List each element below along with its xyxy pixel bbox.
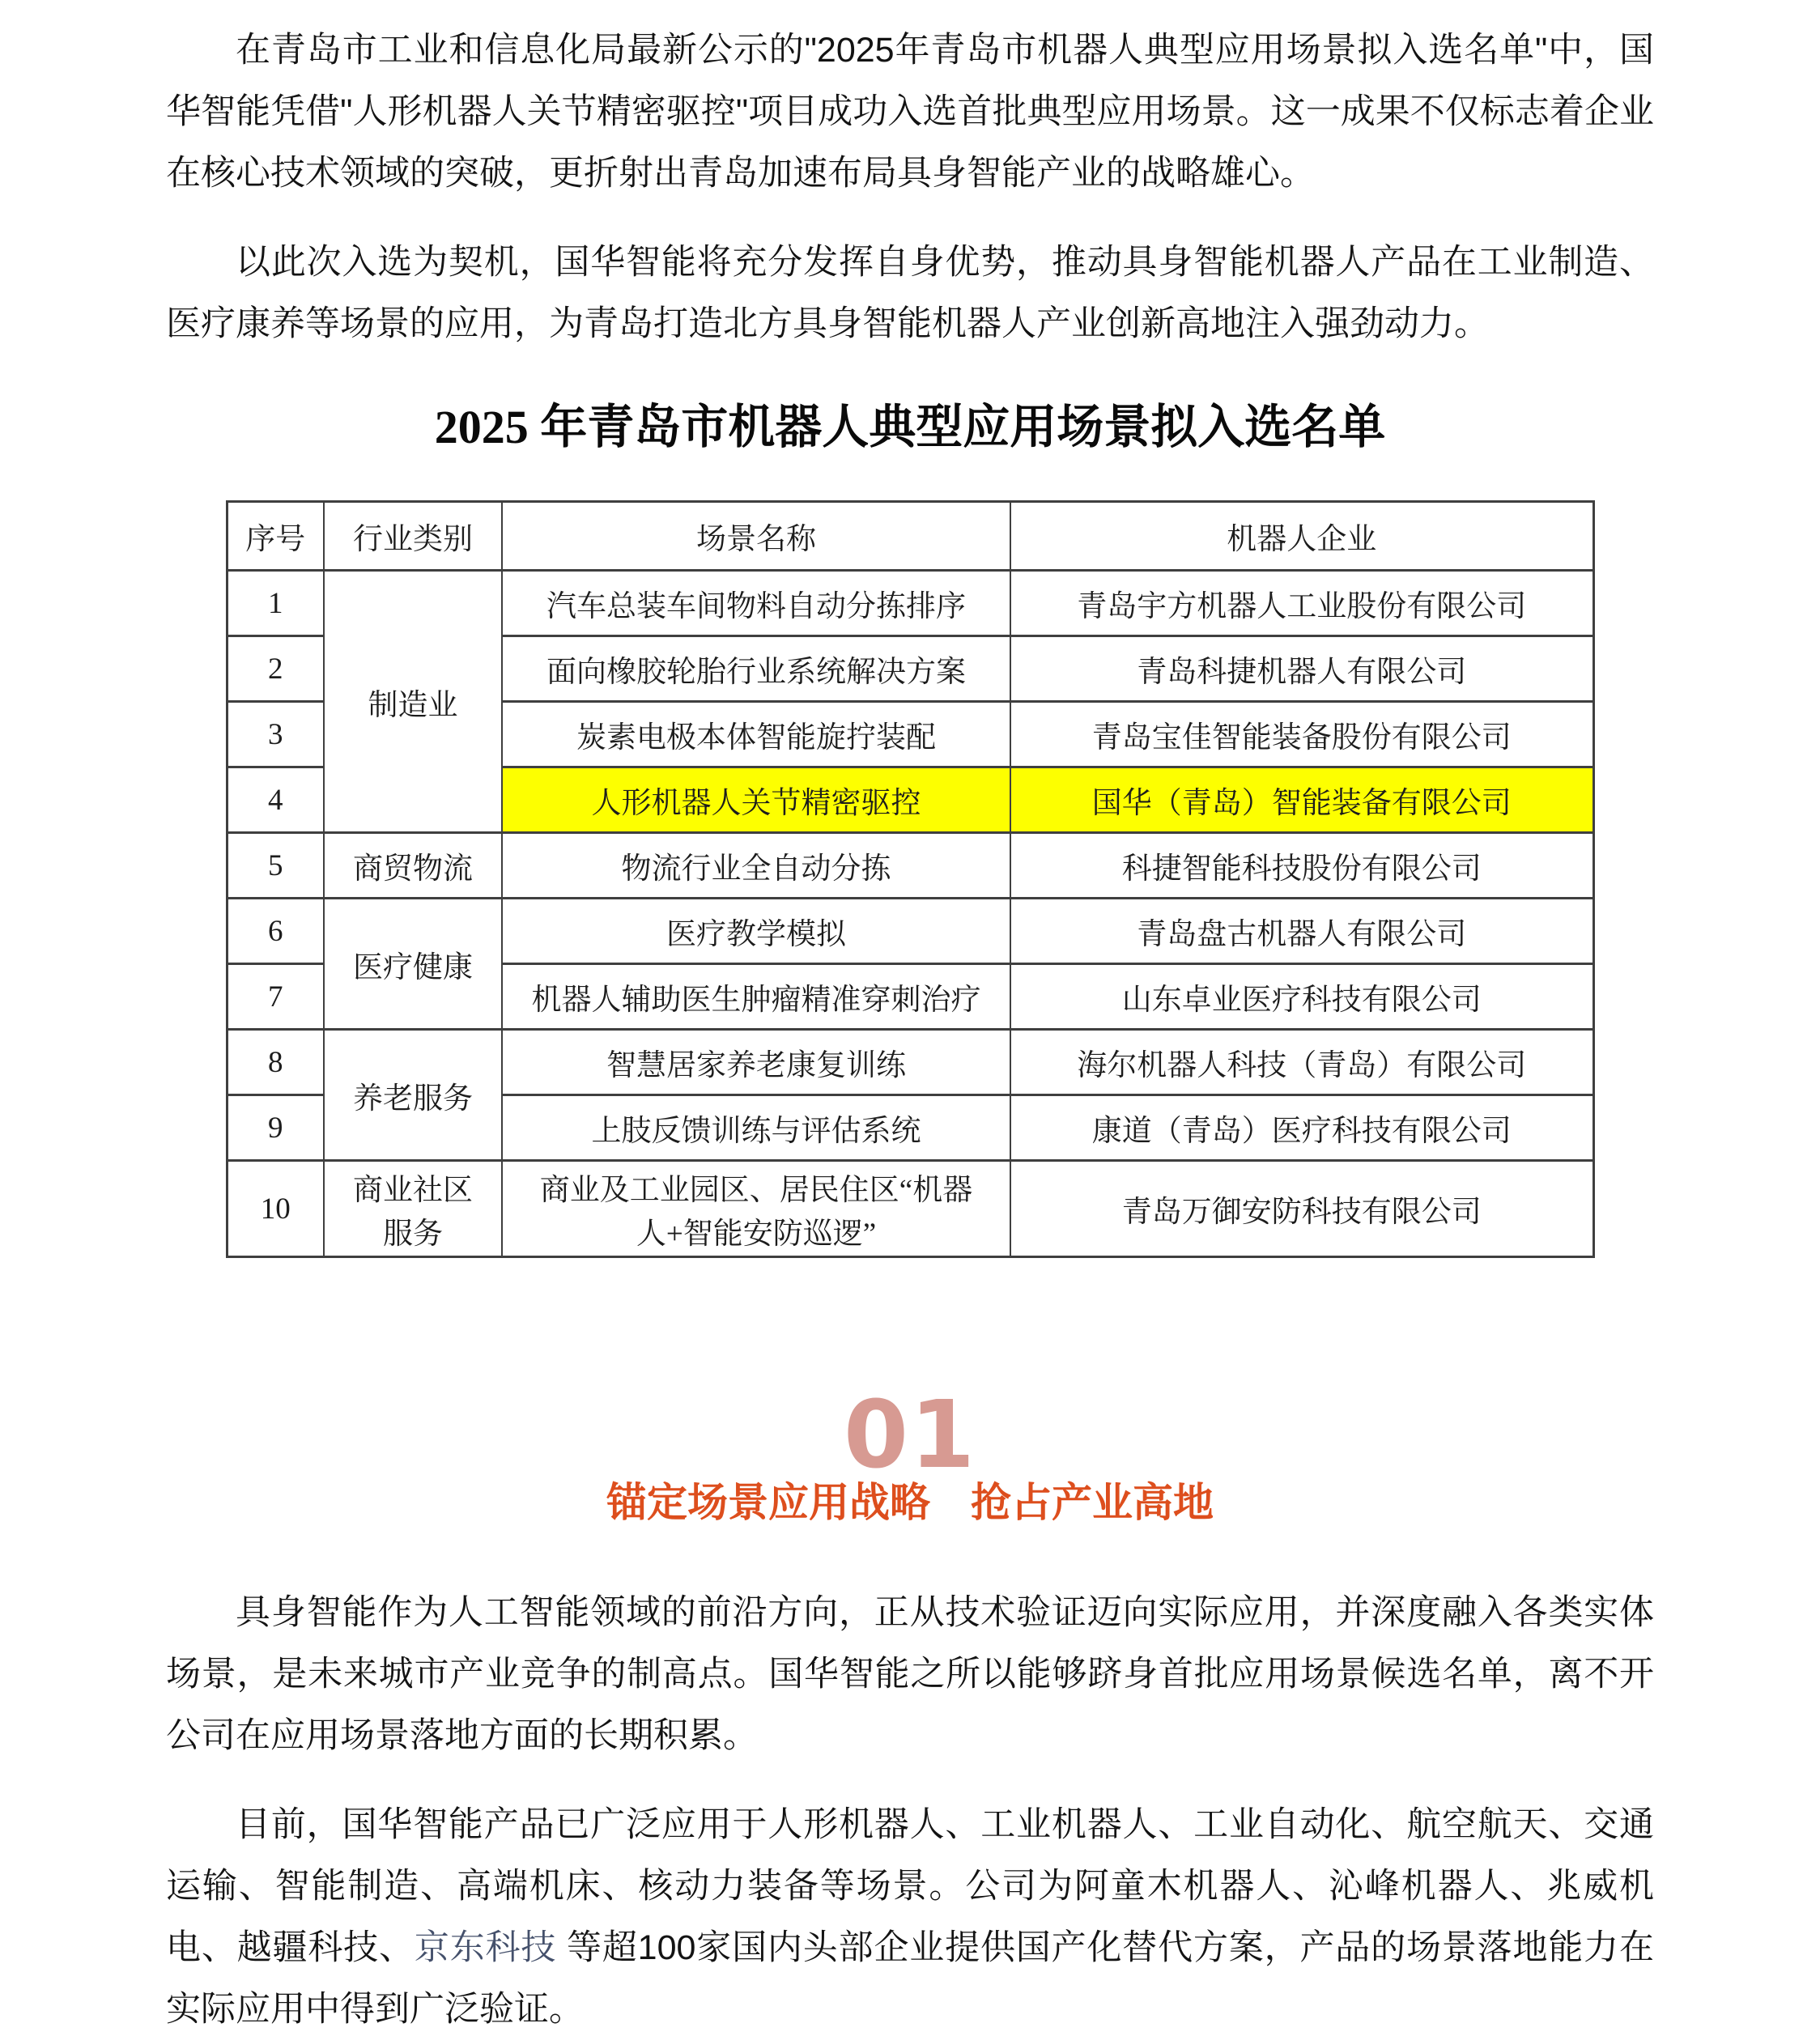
cell-scene: 机器人辅助医生肿瘤精准穿刺治疗 (502, 964, 1010, 1030)
cell-seq: 4 (227, 767, 324, 833)
selection-table: 序号 行业类别 场景名称 机器人企业 1 制造业 汽车总装车间物料自动分拣排序 … (226, 500, 1595, 1258)
cell-seq: 6 (227, 899, 324, 964)
cell-seq: 7 (227, 964, 324, 1030)
table-row: 10 商业社区 服务 商业及工业园区、居民住区“机器 人+智能安防巡逻” 青岛万… (227, 1161, 1593, 1257)
cell-company: 青岛盘古机器人有限公司 (1010, 899, 1593, 964)
table-header-row: 序号 行业类别 场景名称 机器人企业 (227, 502, 1593, 571)
cell-industry-manufacturing: 制造业 (324, 571, 502, 833)
table-title: 2025 年青岛市机器人典型应用场景拟入选名单 (166, 399, 1654, 456)
cell-company: 山东卓业医疗科技有限公司 (1010, 964, 1593, 1030)
cell-industry-eldercare: 养老服务 (324, 1030, 502, 1161)
table-row: 1 制造业 汽车总装车间物料自动分拣排序 青岛宇方机器人工业股份有限公司 (227, 571, 1593, 636)
cell-scene-highlighted: 人形机器人关节精密驱控 (502, 767, 1010, 833)
cell-scene: 上肢反馈训练与评估系统 (502, 1095, 1010, 1161)
article-page: 在青岛市工业和信息化局最新公示的"2025年青岛市机器人典型应用场景拟入选名单"… (0, 0, 1820, 2036)
cell-seq: 2 (227, 636, 324, 702)
cell-scene: 商业及工业园区、居民住区“机器 人+智能安防巡逻” (502, 1161, 1010, 1257)
cell-scene: 智慧居家养老康复训练 (502, 1030, 1010, 1095)
cell-seq: 3 (227, 702, 324, 767)
cell-company-highlighted: 国华（青岛）智能装备有限公司 (1010, 767, 1593, 833)
body-paragraph-3: 具身智能作为人工智能领域的前沿方向，正从技术验证迈向实际应用，并深度融入各类实体… (166, 1582, 1654, 1766)
cell-company: 青岛宇方机器人工业股份有限公司 (1010, 571, 1593, 636)
cell-scene: 物流行业全自动分拣 (502, 833, 1010, 899)
cell-scene: 面向橡胶轮胎行业系统解决方案 (502, 636, 1010, 702)
cell-industry-logistics: 商贸物流 (324, 833, 502, 899)
cell-seq: 10 (227, 1161, 324, 1257)
body-paragraph-2: 以此次入选为契机，国华智能将充分发挥自身优势，推动具身智能机器人产品在工业制造、… (166, 232, 1654, 355)
cell-seq: 5 (227, 833, 324, 899)
cell-scene: 医疗教学模拟 (502, 899, 1010, 964)
cell-company: 海尔机器人科技（青岛）有限公司 (1010, 1030, 1593, 1095)
cell-scene: 汽车总装车间物料自动分拣排序 (502, 571, 1010, 636)
section-number: 01 (166, 1397, 1654, 1474)
header-seq: 序号 (227, 502, 324, 571)
table-row: 6 医疗健康 医疗教学模拟 青岛盘古机器人有限公司 (227, 899, 1593, 964)
cell-company: 科捷智能科技股份有限公司 (1010, 833, 1593, 899)
table-row: 5 商贸物流 物流行业全自动分拣 科捷智能科技股份有限公司 (227, 833, 1593, 899)
cell-industry-community: 商业社区 服务 (324, 1161, 502, 1257)
cell-company: 康道（青岛）医疗科技有限公司 (1010, 1095, 1593, 1161)
cell-company: 青岛万御安防科技有限公司 (1010, 1161, 1593, 1257)
header-scene: 场景名称 (502, 502, 1010, 571)
jd-tech-link[interactable]: 京东科技 (415, 1928, 556, 1967)
cell-scene: 炭素电极本体智能旋拧装配 (502, 702, 1010, 767)
article-content: 在青岛市工业和信息化局最新公示的"2025年青岛市机器人典型应用场景拟入选名单"… (0, 0, 1820, 2036)
section-heading: 锚定场景应用战略 抢占产业高地 (166, 1478, 1654, 1527)
cell-seq: 1 (227, 571, 324, 636)
cell-seq: 8 (227, 1030, 324, 1095)
cell-seq: 9 (227, 1095, 324, 1161)
table-row: 8 养老服务 智慧居家养老康复训练 海尔机器人科技（青岛）有限公司 (227, 1030, 1593, 1095)
cell-company: 青岛宝佳智能装备股份有限公司 (1010, 702, 1593, 767)
cell-company: 青岛科捷机器人有限公司 (1010, 636, 1593, 702)
body-paragraph-1: 在青岛市工业和信息化局最新公示的"2025年青岛市机器人典型应用场景拟入选名单"… (166, 19, 1654, 204)
header-company: 机器人企业 (1010, 502, 1593, 571)
body-paragraph-4: 目前，国华智能产品已广泛应用于人形机器人、工业机器人、工业自动化、航空航天、交通… (166, 1794, 1654, 2036)
header-industry: 行业类别 (324, 502, 502, 571)
cell-industry-healthcare: 医疗健康 (324, 899, 502, 1030)
